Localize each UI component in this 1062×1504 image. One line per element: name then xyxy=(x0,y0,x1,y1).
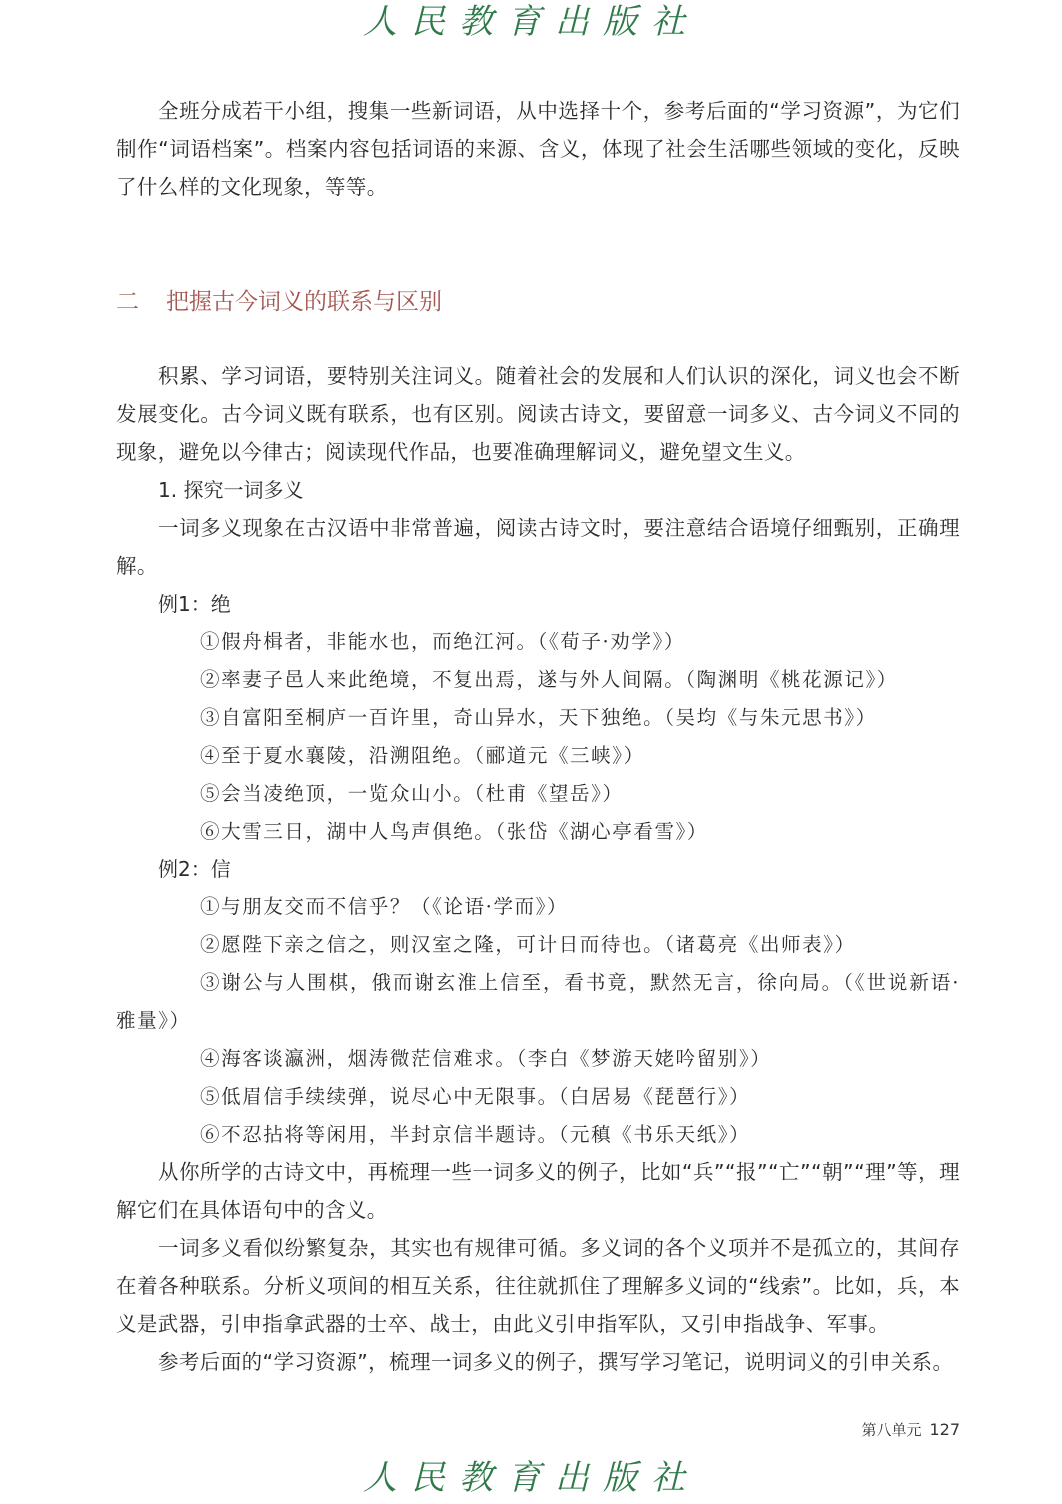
example-1-quote-6: ⑥大雪三日，湖中人鸟声俱绝。（张岱《湖心亭看雪》） xyxy=(200,813,960,851)
example-2-quote-6: ⑥不忍拈将等闲用，半封京信半题诗。（元稹《书乐天纸》） xyxy=(200,1116,960,1154)
example-2-quote-2: ②愿陛下亲之信之，则汉室之隆，可计日而待也。（诸葛亮《出师表》） xyxy=(200,926,960,964)
example-2-label: 例2：信 xyxy=(158,850,231,888)
analysis-paragraph: 一词多义看似纷繁复杂，其实也有规律可循。多义词的各个义项并不是孤立的，其间存在着… xyxy=(116,1229,960,1343)
unit-label: 第八单元 xyxy=(861,1421,921,1439)
task-paragraph: 从你所学的古诗文中，再梳理一些一词多义的例子，比如“兵”“报”“亡”“朝”“理”… xyxy=(116,1153,960,1229)
example-2-quote-4: ④海客谈瀛洲，烟涛微茫信难求。（李白《梦游天姥吟留别》） xyxy=(200,1040,960,1078)
example-1-label: 例1：绝 xyxy=(158,585,231,623)
intro-paragraph: 全班分成若干小组，搜集一些新词语，从中选择十个，参考后面的“学习资源”，为它们制… xyxy=(116,92,960,206)
page-footer: 第八单元127 xyxy=(861,1418,960,1442)
example-2-quote-3: ③谢公与人围棋，俄而谢玄淮上信至，看书竟，默然无言，徐向局。（《世说新语·雅量》… xyxy=(116,964,960,1040)
page-number: 127 xyxy=(929,1420,960,1439)
example-1-quote-3: ③自富阳至桐庐一百许里，奇山异水，天下独绝。（吴均《与朱元思书》） xyxy=(200,699,960,737)
section-title: 把握古今词义的联系与区别 xyxy=(166,289,442,315)
example-1-quote-2: ②率妻子邑人来此绝境，不复出焉，遂与外人间隔。（陶渊明《桃花源记》） xyxy=(200,661,960,699)
section-intro-paragraph: 积累、学习词语，要特别关注词义。随着社会的发展和人们认识的深化，词义也会不断发展… xyxy=(116,357,960,471)
closing-paragraph: 参考后面的“学习资源”，梳理一词多义的例子，撰写学习笔记，说明词义的引申关系。 xyxy=(116,1343,960,1381)
section-heading: 二把握古今词义的联系与区别 xyxy=(116,284,442,320)
publisher-watermark-bottom: 人民教育出版社 xyxy=(0,1458,1062,1498)
subsection-description: 一词多义现象在古汉语中非常普遍，阅读古诗文时，要注意结合语境仔细甄别，正确理解。 xyxy=(116,509,960,585)
example-1-quote-4: ④至于夏水襄陵，沿溯阻绝。（郦道元《三峡》） xyxy=(200,737,960,775)
example-2-quote-5: ⑤低眉信手续续弹，说尽心中无限事。（白居易《琵琶行》） xyxy=(200,1078,960,1116)
example-2-quote-1: ①与朋友交而不信乎？（《论语·学而》） xyxy=(200,888,960,926)
section-number: 二 xyxy=(116,284,166,320)
example-1-quote-1: ①假舟楫者，非能水也，而绝江河。（《荀子·劝学》） xyxy=(200,623,960,661)
subsection-title: 1. 探究一词多义 xyxy=(158,471,303,509)
example-1-quote-5: ⑤会当凌绝顶，一览众山小。（杜甫《望岳》） xyxy=(200,775,960,813)
publisher-watermark-top: 人民教育出版社 xyxy=(0,2,1062,42)
